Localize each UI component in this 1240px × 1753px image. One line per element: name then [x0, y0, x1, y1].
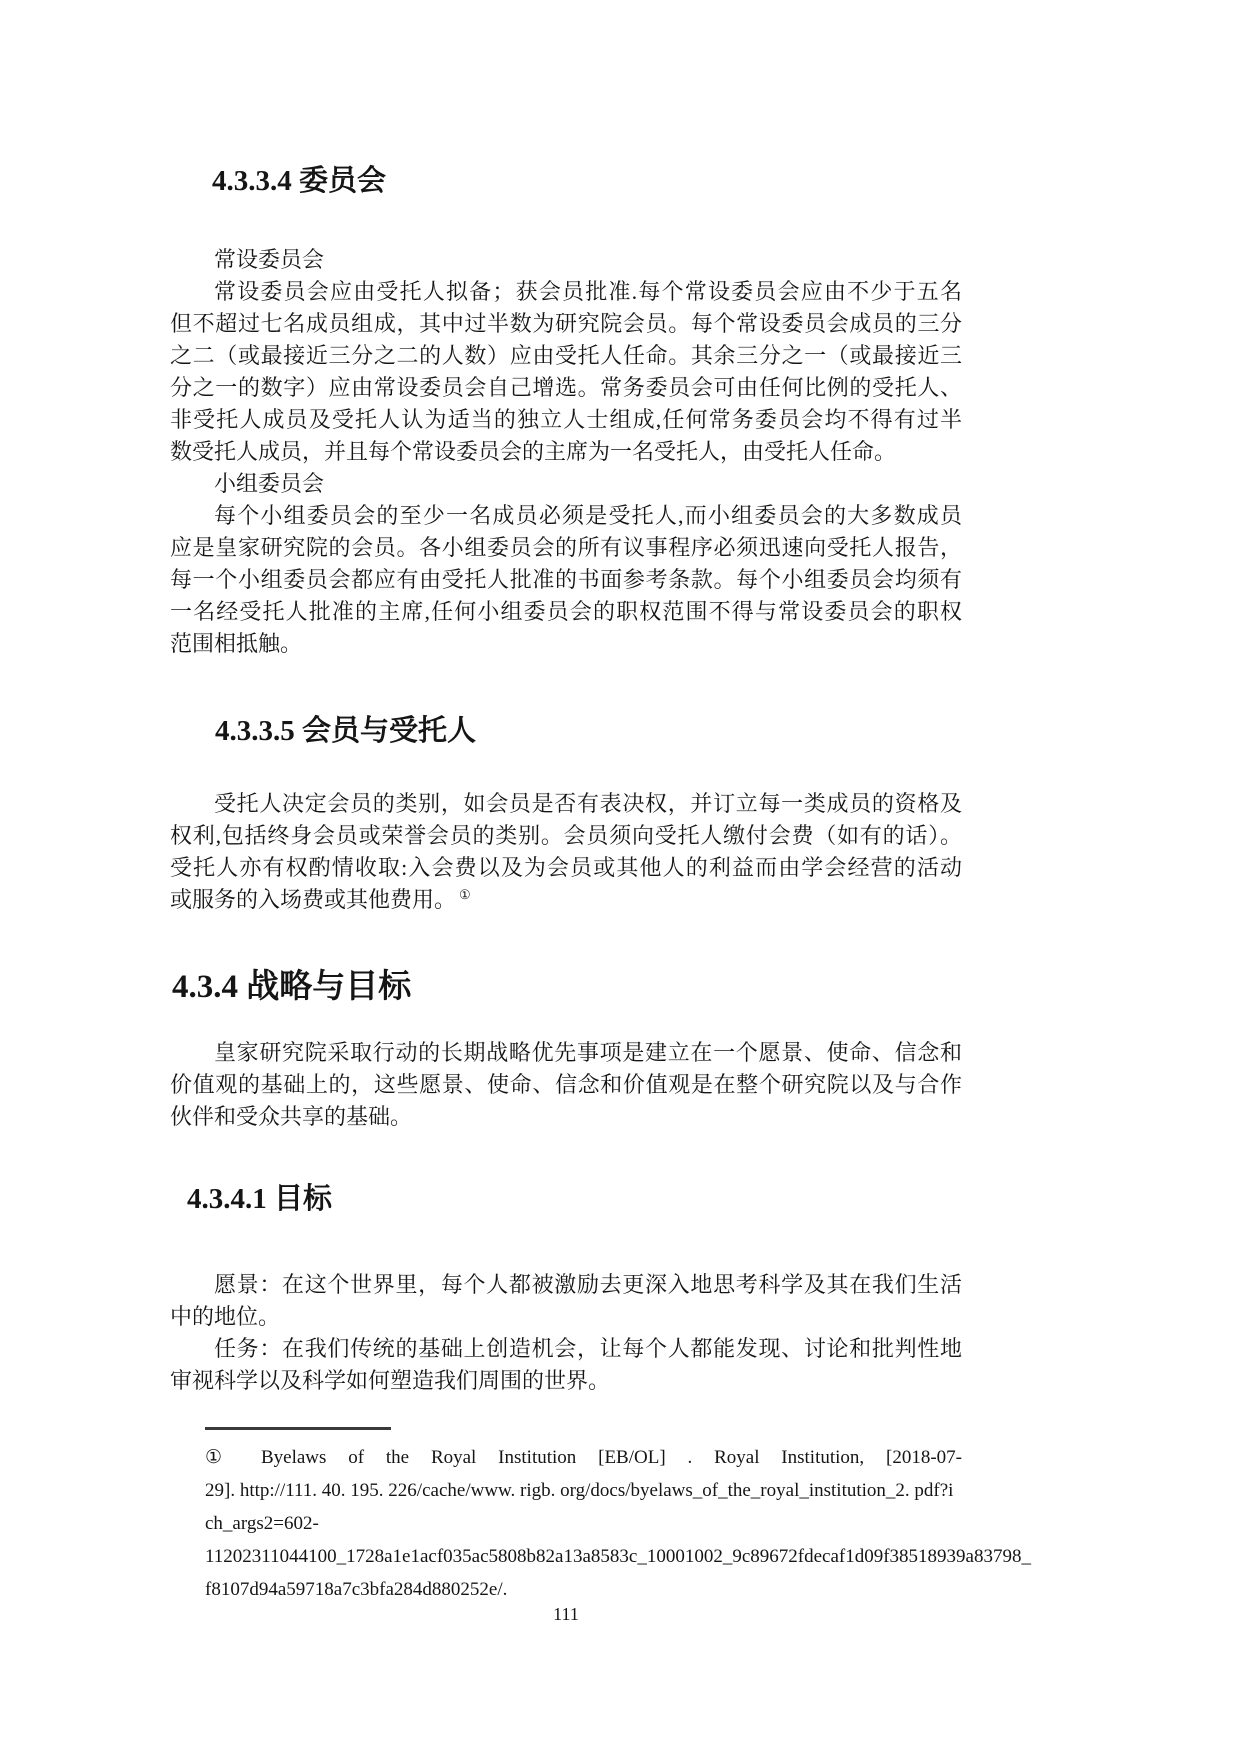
- section-heading-4334: 4.3.3.4 委员会: [212, 158, 386, 199]
- section-body-4341: 愿景：在这个世界里，每个人都被激励去更深入地思考科学及其在我们生活 中的地位。 …: [170, 1269, 962, 1397]
- footnote-line: 11202311044100_1728a1e1acf035ac5808b82a1…: [205, 1540, 1130, 1573]
- body-line: 皇家研究院采取行动的长期战略优先事项是建立在一个愿景、使命、信念和: [170, 1037, 962, 1069]
- body-line: 权利,包括终身会员或荣誉会员的类别。会员须向受托人缴付会费（如有的话）。: [170, 820, 962, 852]
- body-line: 或服务的入场费或其他费用。①: [170, 884, 962, 916]
- footnote-line: 29]. http://111. 40. 195. 226/cache/www.…: [205, 1474, 1130, 1507]
- footnote-line: ① Byelaws of the Royal Institution [EB/O…: [205, 1441, 962, 1474]
- body-line: 受托人亦有权酌情收取:入会费以及为会员或其他人的利益而由学会经营的活动: [170, 852, 962, 884]
- body-line: 但不超过七名成员组成，其中过半数为研究院会员。每个常设委员会成员的三分: [170, 308, 962, 340]
- body-line: 价值观的基础上的，这些愿景、使命、信念和价值观是在整个研究院以及与合作: [170, 1069, 962, 1101]
- body-line: 一名经受托人批准的主席,任何小组委员会的职权范围不得与常设委员会的职权: [170, 596, 962, 628]
- body-line: 应是皇家研究院的会员。各小组委员会的所有议事程序必须迅速向受托人报告，: [170, 532, 962, 564]
- page-number: 111: [170, 1604, 962, 1625]
- body-line: 范围相抵触。: [170, 628, 962, 660]
- body-line: 数受托人成员，并且每个常设委员会的主席为一名受托人，由受托人任命。: [170, 436, 962, 468]
- body-line-text: 或服务的入场费或其他费用。: [170, 887, 456, 912]
- section-heading-4341: 4.3.4.1 目标: [187, 1176, 332, 1217]
- body-line: 常设委员会应由受托人拟备；获会员批准.每个常设委员会应由不少于五名: [170, 276, 962, 308]
- body-line: 分之一的数字）应由常设委员会自己增选。常务委员会可由任何比例的受托人、: [170, 372, 962, 404]
- body-line: 小组委员会: [170, 468, 962, 500]
- document-page: 4.3.3.4 委员会 常设委员会 常设委员会应由受托人拟备；获会员批准.每个常…: [0, 0, 1240, 1753]
- footnote-line: f8107d94a59718a7c3bfa284d880252e/.: [205, 1573, 1130, 1606]
- body-line: 常设委员会: [170, 244, 962, 276]
- section-body-434: 皇家研究院采取行动的长期战略优先事项是建立在一个愿景、使命、信念和 价值观的基础…: [170, 1037, 962, 1133]
- body-line: 中的地位。: [170, 1301, 962, 1333]
- body-line: 非受托人成员及受托人认为适当的独立人士组成,任何常务委员会均不得有过半: [170, 404, 962, 436]
- section-heading-434: 4.3.4 战略与目标: [172, 960, 411, 1007]
- body-line: 任务：在我们传统的基础上创造机会，让每个人都能发现、讨论和批判性地: [170, 1333, 962, 1365]
- footnote: ① Byelaws of the Royal Institution [EB/O…: [205, 1441, 1130, 1606]
- footnote-divider: [205, 1427, 391, 1430]
- body-line: 愿景：在这个世界里，每个人都被激励去更深入地思考科学及其在我们生活: [170, 1269, 962, 1301]
- body-line: 每个小组委员会的至少一名成员必须是受托人,而小组委员会的大多数成员: [170, 500, 962, 532]
- body-line: 每一个小组委员会都应有由受托人批准的书面参考条款。每个小组委员会均须有: [170, 564, 962, 596]
- section-heading-4335: 4.3.3.5 会员与受托人: [215, 708, 476, 749]
- footnote-line: ch_args2=602-: [205, 1507, 1130, 1540]
- section-body-4335: 受托人决定会员的类别，如会员是否有表决权，并订立每一类成员的资格及 权利,包括终…: [170, 788, 962, 916]
- body-line: 受托人决定会员的类别，如会员是否有表决权，并订立每一类成员的资格及: [170, 788, 962, 820]
- section-body-4334: 常设委员会 常设委员会应由受托人拟备；获会员批准.每个常设委员会应由不少于五名 …: [170, 244, 962, 660]
- footnote-ref: ①: [459, 887, 471, 902]
- body-line: 伙伴和受众共享的基础。: [170, 1101, 962, 1133]
- body-line: 审视科学以及科学如何塑造我们周围的世界。: [170, 1365, 962, 1397]
- body-line: 之二（或最接近三分之二的人数）应由受托人任命。其余三分之一（或最接近三: [170, 340, 962, 372]
